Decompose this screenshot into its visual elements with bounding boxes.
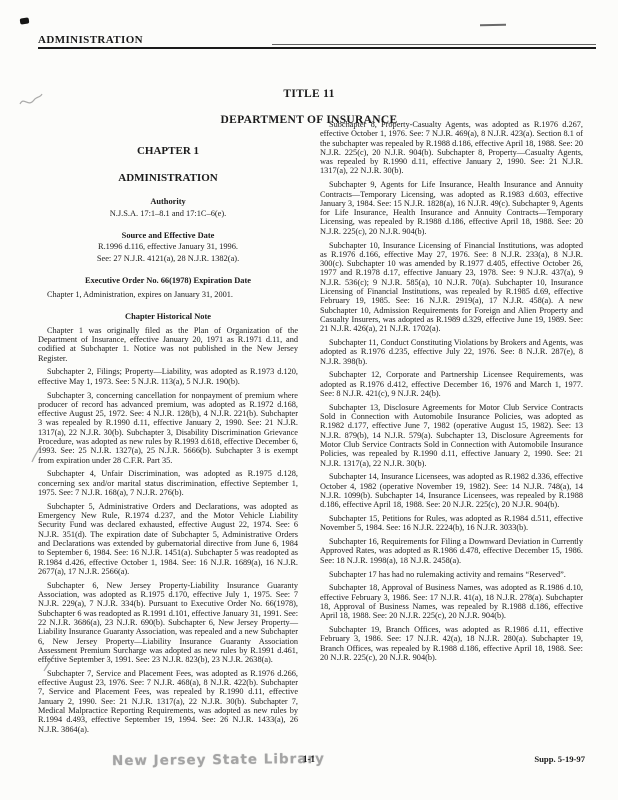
source-see-line: See: 27 N.J.R. 4121(a), 28 N.J.R. 1382(a… [38, 254, 298, 263]
page-number: 1-1 [303, 754, 315, 764]
library-stamp: New Jersey State Library [112, 751, 325, 769]
document-title: TITLE 11 [0, 88, 618, 100]
historical-paragraph: Subchapter 4, Unfair Discrimination, was… [38, 469, 298, 497]
running-header-title: ADMINISTRATION [38, 34, 143, 46]
header-rule [38, 47, 596, 49]
left-column: CHAPTER 1 ADMINISTRATION Authority N.J.S… [38, 145, 298, 734]
chapter-historical-note-heading: Chapter Historical Note [38, 312, 298, 321]
historical-paragraph: Subchapter 2, Filings; Property—Liabilit… [38, 367, 298, 386]
historical-paragraph: Subchapter 6, New Jersey Property-Liabil… [38, 581, 298, 665]
expiration-paragraph: Chapter 1, Administration, expires on Ja… [38, 290, 298, 299]
chapter-label: CHAPTER 1 [38, 145, 298, 157]
subchapter-paragraph: Subchapter 15, Petitions for Rules, was … [320, 514, 583, 533]
header-rule-ghost [272, 44, 596, 45]
authority-heading: Authority [38, 197, 298, 206]
historical-paragraph: Subchapter 5, Administrative Orders and … [38, 502, 298, 576]
subchapter-paragraph: Subchapter 19, Branch Offices, was adopt… [320, 625, 583, 662]
subchapter-paragraph: Subchapter 18, Approval of Business Name… [320, 583, 583, 620]
scan-artifact [20, 17, 30, 24]
scan-artifact [480, 24, 506, 26]
subchapter-paragraph: Subchapter 10, Insurance Licensing of Fi… [320, 241, 583, 334]
historical-paragraph: Subchapter 7, Service and Placement Fees… [38, 669, 298, 734]
authority-citation: N.J.S.A. 17:1–8.1 and 17:1C–6(e). [38, 209, 298, 218]
supplement-date: Supp. 5-19-97 [534, 754, 585, 764]
subchapter-paragraph: Subchapter 16, Requirements for Filing a… [320, 537, 583, 565]
document-page: ADMINISTRATION TITLE 11 DEPARTMENT OF IN… [0, 0, 618, 800]
expiration-date-heading: Executive Order No. 66(1978) Expiration … [38, 276, 298, 285]
source-effective-date-heading: Source and Effective Date [38, 231, 298, 240]
running-header: ADMINISTRATION [38, 30, 596, 48]
subchapter-paragraph: Subchapter 9, Agents for Life Insurance,… [320, 180, 583, 236]
page-footer: New Jersey State Library 1-1 Supp. 5-19-… [0, 748, 618, 778]
subchapter-paragraph: Subchapter 13, Disclosure Agreements for… [320, 403, 583, 468]
subchapter-paragraph: Subchapter 8, Property-Casualty Agents, … [320, 120, 583, 176]
subchapter-paragraph: Subchapter 14, Insurance Licensees, was … [320, 472, 583, 509]
right-column: Subchapter 8, Property-Casualty Agents, … [320, 120, 583, 662]
subchapter-paragraph: Subchapter 11, Conduct Constituting Viol… [320, 338, 583, 366]
chapter-name: ADMINISTRATION [38, 172, 298, 184]
subchapter-paragraph: Subchapter 17 has had no rulemaking acti… [320, 570, 583, 579]
historical-paragraph: Subchapter 3, concerning cancellation fo… [38, 391, 298, 465]
source-line: R.1996 d.116, effective January 31, 1996… [38, 242, 298, 251]
subchapter-paragraph: Subchapter 12, Corporate and Partnership… [320, 370, 583, 398]
historical-paragraph: Chapter 1 was originally filed as the Pl… [38, 326, 298, 363]
